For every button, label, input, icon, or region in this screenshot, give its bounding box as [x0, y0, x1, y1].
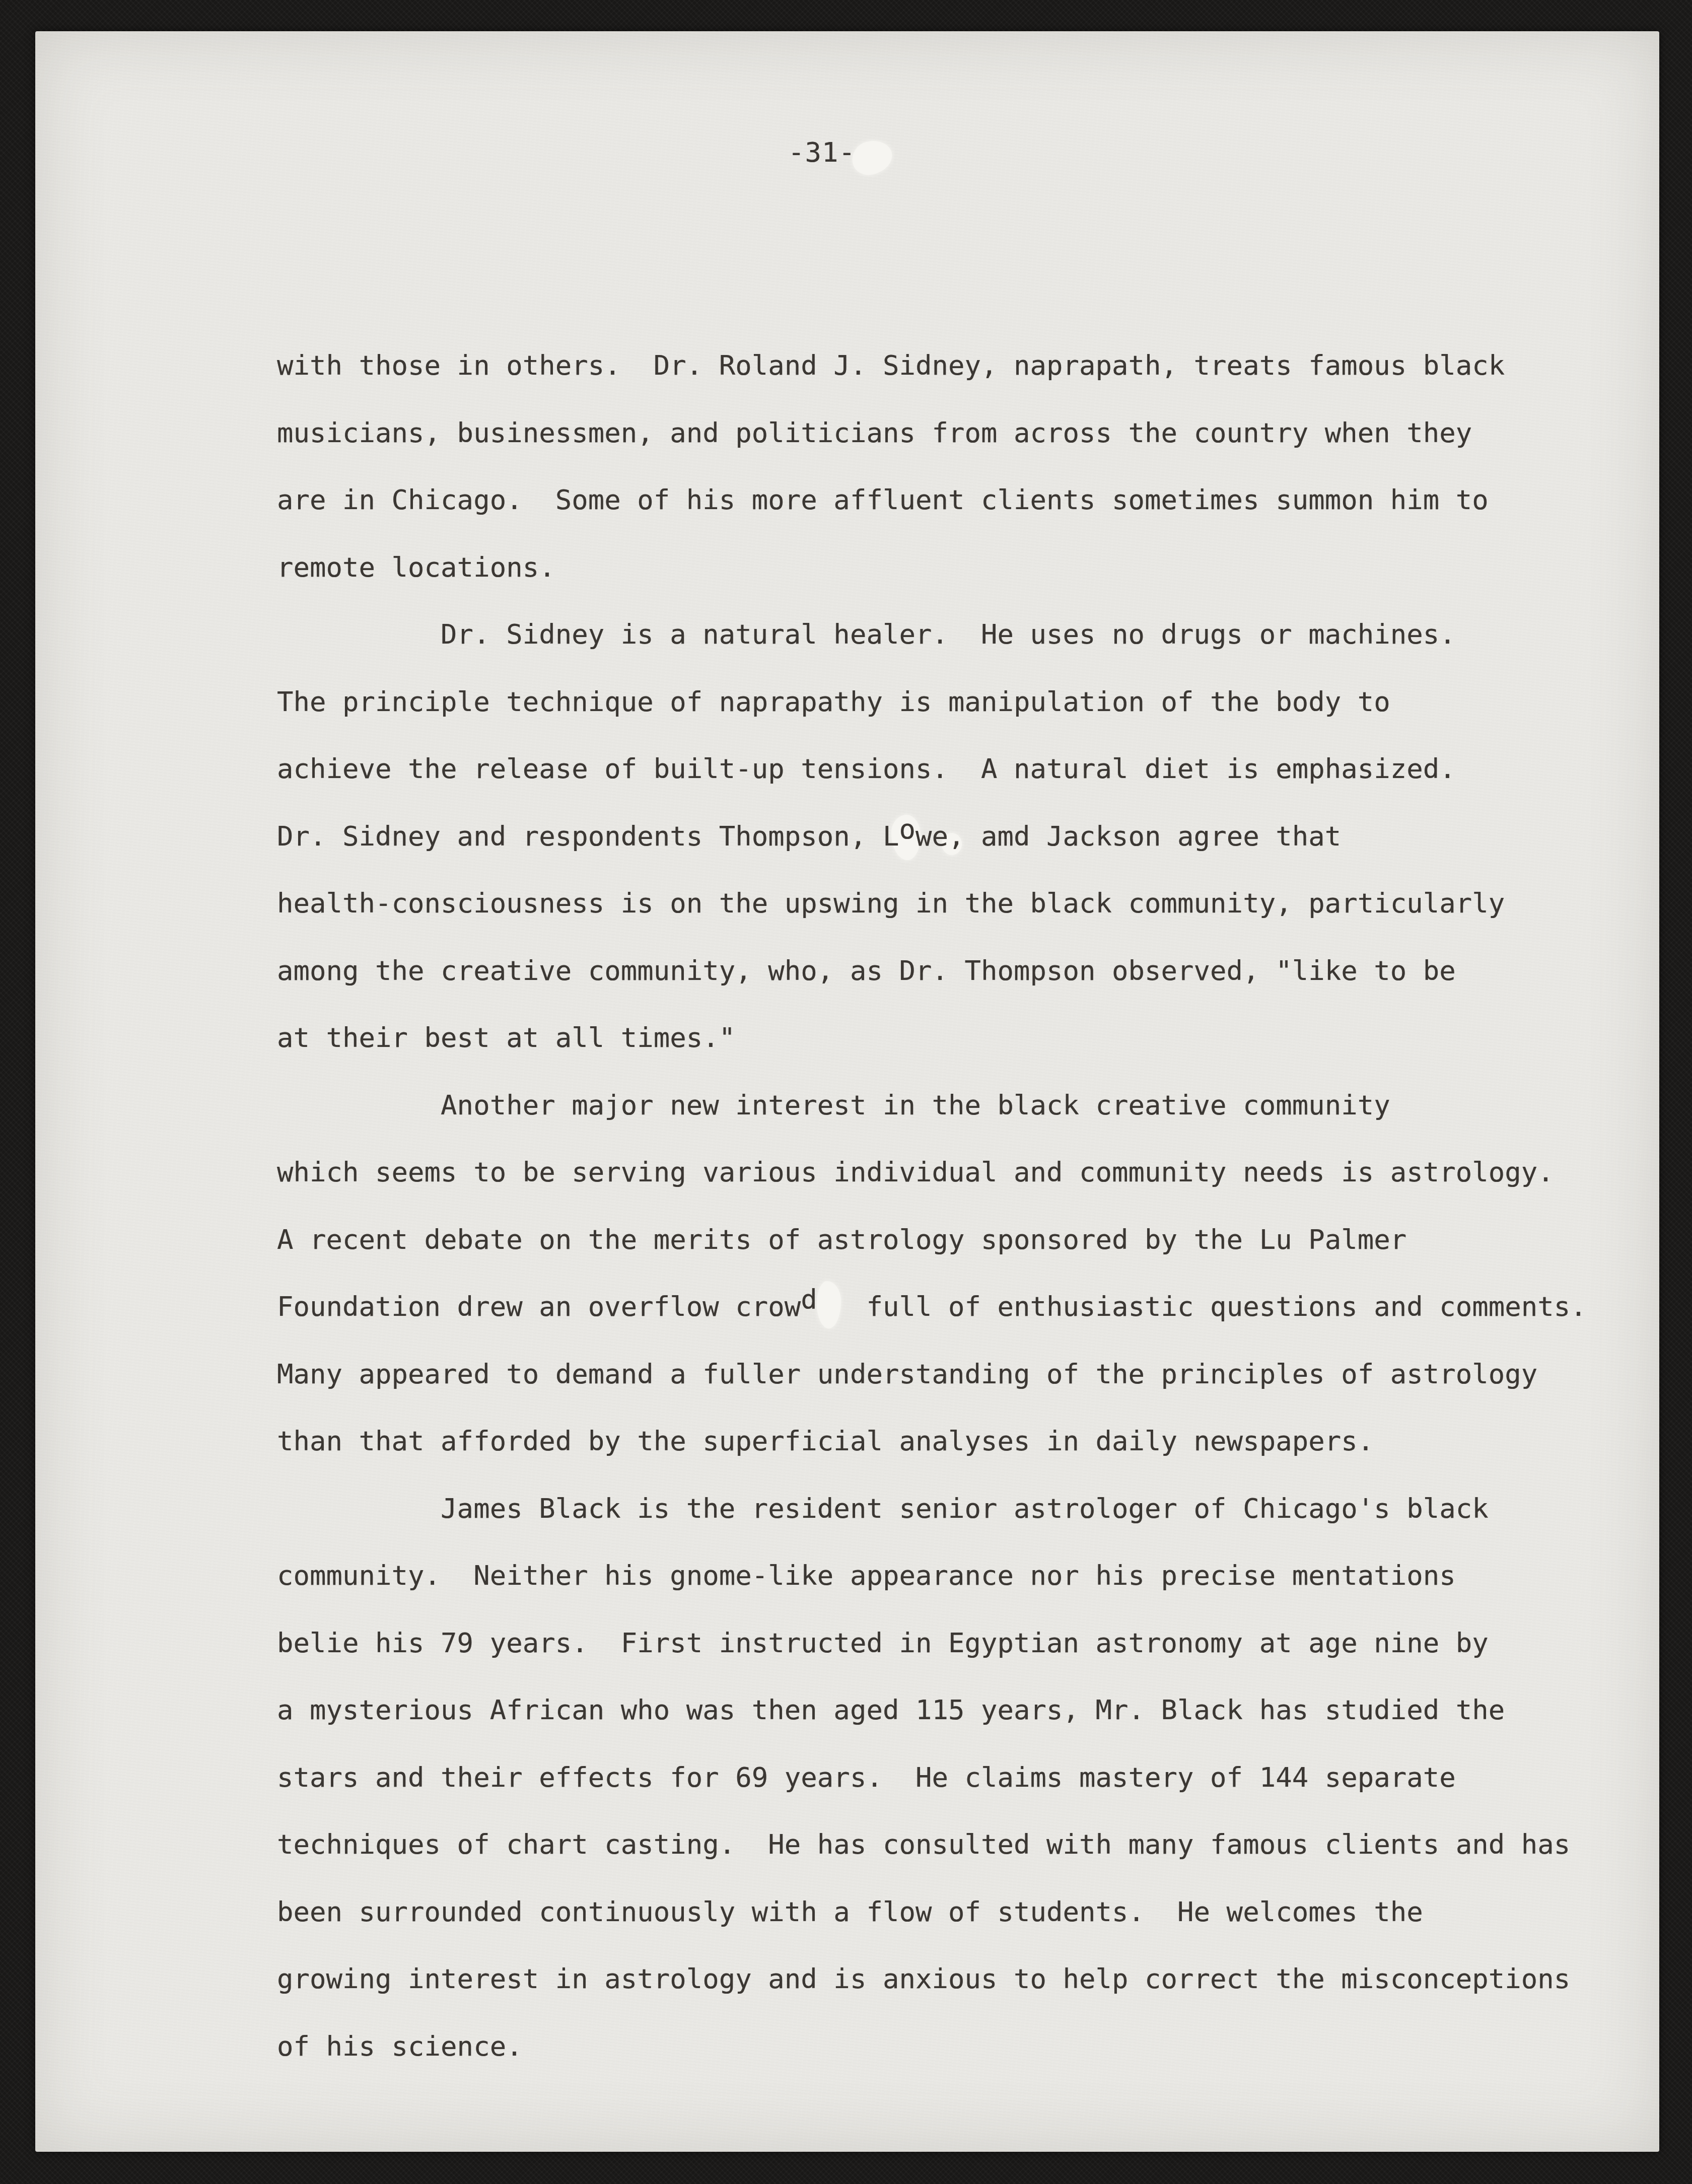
text-line: The principle technique of naprapathy is…	[277, 668, 1587, 736]
raised-character: d	[801, 1284, 817, 1315]
text-segment: among the creative community, who, as Dr…	[277, 955, 1456, 987]
text-line: musicians, businessmen, and politicians …	[277, 399, 1587, 467]
text-line: belie his 79 years. First instructed in …	[277, 1609, 1587, 1677]
text-line: a mysterious African who was then aged 1…	[277, 1676, 1587, 1744]
text-segment: a mysterious African who was then aged 1…	[277, 1694, 1505, 1726]
text-segment: than that afforded by the superficial an…	[277, 1425, 1374, 1457]
text-segment: remote locations.	[277, 551, 555, 583]
text-segment: A recent debate on the merits of astrolo…	[277, 1224, 1406, 1255]
text-line: Another major new interest in the black …	[277, 1072, 1587, 1139]
text-segment: The principle technique of naprapathy is…	[277, 686, 1390, 718]
text-line: community. Neither his gnome-like appear…	[277, 1542, 1587, 1609]
raised-character: o	[899, 813, 915, 845]
text-segment: achieve the release of built-up tensions…	[277, 753, 1456, 785]
text-line: of his science.	[277, 2013, 1587, 2080]
text-line: are in Chicago. Some of his more affluen…	[277, 466, 1587, 534]
text-line: growing interest in astrology and is anx…	[277, 1945, 1587, 2013]
text-segment: Dr. Sidney is a natural healer. He uses …	[277, 618, 1456, 650]
text-line: Foundation drew an overflow crowd full o…	[277, 1273, 1587, 1341]
text-line: than that afforded by the superficial an…	[277, 1407, 1587, 1475]
text-segment: Many appeared to demand a fuller underst…	[277, 1358, 1537, 1390]
text-line: at their best at all times."	[277, 1004, 1587, 1072]
page-number: -31-	[788, 136, 856, 169]
text-line: achieve the release of built-up tensions…	[277, 735, 1587, 803]
whiteout-mark	[849, 137, 895, 178]
text-line: with those in others. Dr. Roland J. Sidn…	[277, 332, 1587, 399]
text-segment: musicians, businessmen, and politicians …	[277, 417, 1472, 449]
text-segment: full of enthusiastic questions and comme…	[817, 1291, 1587, 1322]
text-segment: James Black is the resident senior astro…	[277, 1493, 1489, 1524]
text-line: stars and their effects for 69 years. He…	[277, 1744, 1587, 1811]
scan-backdrop: { "page": { "number": "-31-" }, "documen…	[0, 0, 1692, 2184]
text-line: techniques of chart casting. He has cons…	[277, 1811, 1587, 1878]
text-segment: health-consciousness is on the upswing i…	[277, 887, 1505, 919]
text-segment: Another major new interest in the black …	[277, 1089, 1390, 1121]
text-segment: which seems to be serving various indivi…	[277, 1156, 1554, 1188]
text-line: Dr. Sidney and respondents Thompson, Low…	[277, 803, 1587, 870]
text-segment: of his science.	[277, 2030, 523, 2062]
document-page: -31- with those in others. Dr. Roland J.…	[35, 31, 1659, 2152]
text-segment: Foundation drew an overflow crow	[277, 1291, 801, 1322]
text-segment: been surrounded continuously with a flow…	[277, 1896, 1423, 1928]
text-segment: stars and their effects for 69 years. He…	[277, 1762, 1456, 1793]
text-segment: belie his 79 years. First instructed in …	[277, 1627, 1489, 1659]
text-segment: with those in others. Dr. Roland J. Sidn…	[277, 349, 1505, 381]
text-segment: at their best at all times."	[277, 1022, 735, 1053]
document-text: with those in others. Dr. Roland J. Sidn…	[277, 332, 1587, 2080]
text-line: health-consciousness is on the upswing i…	[277, 870, 1587, 937]
text-line: A recent debate on the merits of astrolo…	[277, 1206, 1587, 1274]
text-segment: techniques of chart casting. He has cons…	[277, 1828, 1570, 1860]
text-line: which seems to be serving various indivi…	[277, 1139, 1587, 1206]
text-segment: we, amd Jackson agree that	[915, 820, 1341, 852]
text-segment: community. Neither his gnome-like appear…	[277, 1560, 1456, 1591]
text-line: Many appeared to demand a fuller underst…	[277, 1341, 1587, 1408]
text-segment: are in Chicago. Some of his more affluen…	[277, 484, 1489, 516]
text-line: James Black is the resident senior astro…	[277, 1475, 1587, 1542]
text-line: been surrounded continuously with a flow…	[277, 1878, 1587, 1946]
text-line: remote locations.	[277, 534, 1587, 601]
text-segment: growing interest in astrology and is anx…	[277, 1963, 1570, 1995]
text-segment: Dr. Sidney and respondents Thompson, L	[277, 820, 899, 852]
text-line: Dr. Sidney is a natural healer. He uses …	[277, 601, 1587, 668]
text-line: among the creative community, who, as Dr…	[277, 937, 1587, 1005]
